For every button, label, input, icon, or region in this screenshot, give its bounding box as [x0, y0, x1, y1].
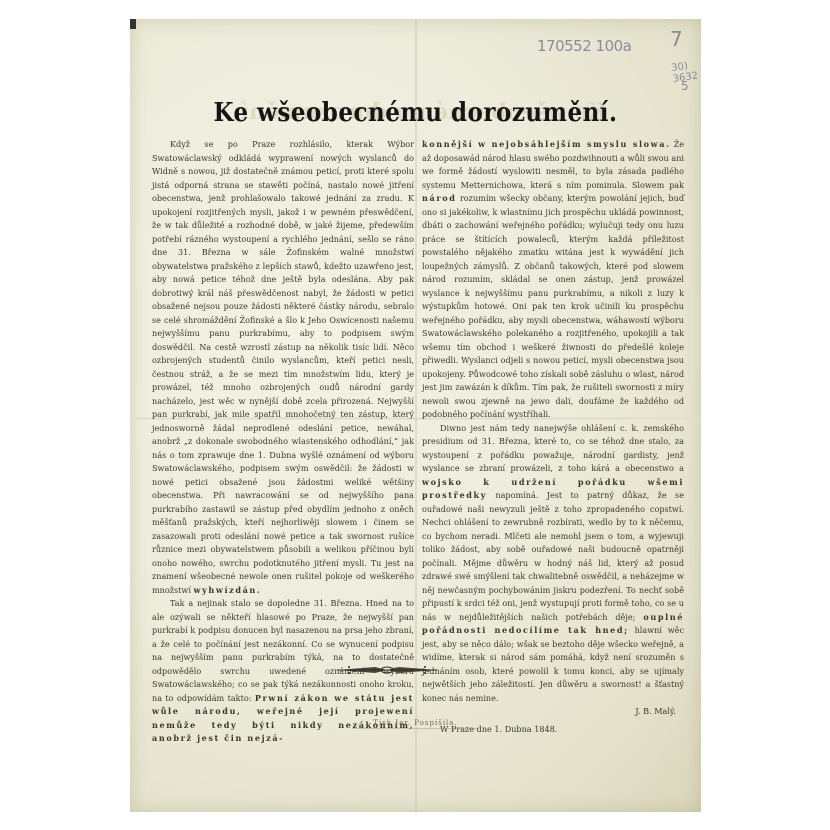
emphasized-text: národ [422, 193, 456, 203]
printer-rule [352, 728, 478, 729]
signature: J. B. Malý. [422, 705, 684, 719]
paragraph: konnější w nejobsáhlejším smyslu slowa. … [422, 138, 684, 422]
fold-crease-vertical [415, 19, 417, 812]
handwritten-catalog-number: 170552 100a [537, 37, 631, 55]
ornament-divider-icon [335, 664, 439, 676]
document-title: Ke wšeobecnému dorozumění. [130, 97, 701, 128]
handwritten-fraction-bottom: 5 [681, 79, 689, 93]
right-column: konnější w nejobsáhlejším smyslu slowa. … [422, 138, 684, 736]
emphasized-text: konnější w nejobsáhlejším smyslu slowa. [422, 139, 671, 149]
paragraph: Diwno jest nám tedy nanejwýše ohlášení c… [422, 422, 684, 706]
printer-imprint: Tisk Jar. Pospíšila. [130, 719, 701, 727]
paragraph: Když se po Praze rozhlásilo, kterak Wýbo… [152, 138, 414, 597]
left-column: Když se po Praze rozhlásilo, kterak Wýbo… [152, 138, 414, 746]
emphasized-text: wyhwízdán. [194, 585, 262, 595]
handwritten-page-mark: 7 [670, 27, 683, 51]
document-page: 170552 100a 7 30) 3632 5 Ke wšeobecnému … [130, 19, 701, 812]
